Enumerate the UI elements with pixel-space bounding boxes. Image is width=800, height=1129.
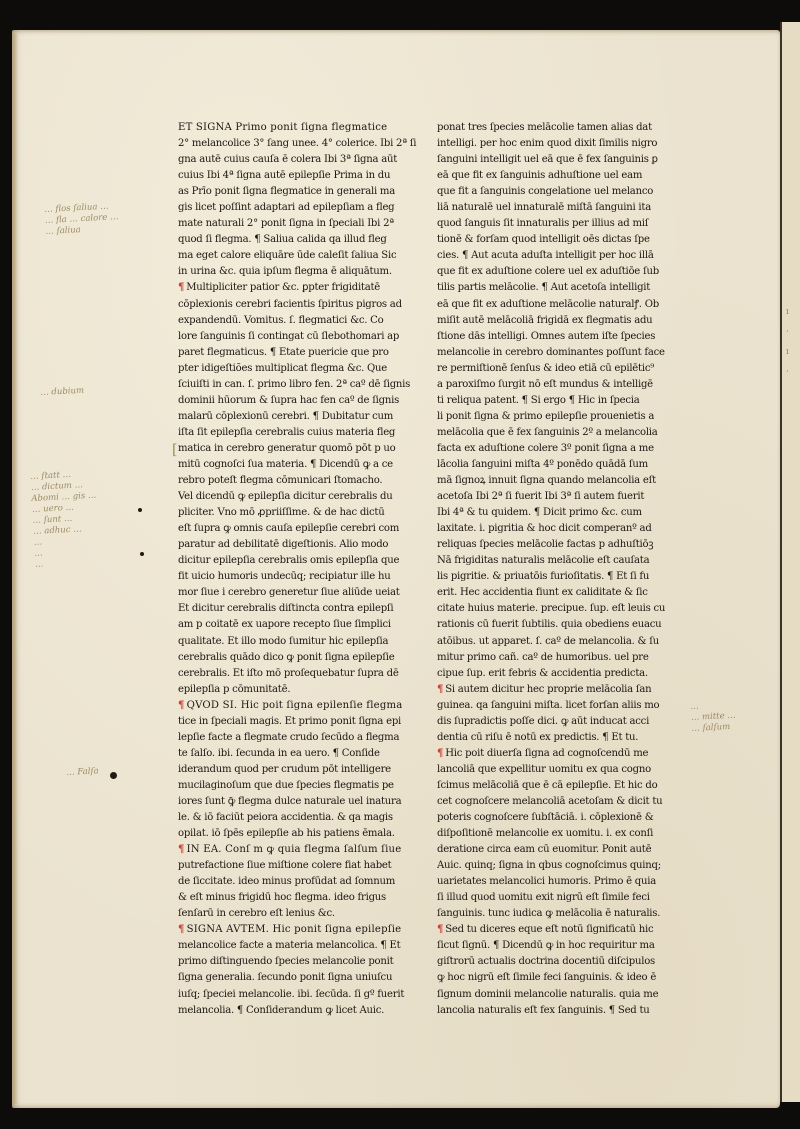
ink-blot xyxy=(110,772,117,779)
text-line: mitur primo cañ. caº de humoribus. uel p… xyxy=(437,650,685,666)
text-line: laxitate. i. pigritia & hoc dicit comper… xyxy=(437,521,685,537)
line-text: paratur ad debilitatē digeſtionis. Alio … xyxy=(178,539,388,550)
line-text: Et dicitur cerebralis diſtincta contra e… xyxy=(178,603,393,614)
line-text: mate naturali 2° ponit ſigna in ſpeciali… xyxy=(178,218,394,229)
text-line: ponat tres ſpecies melācolie tamen alias… xyxy=(437,120,685,136)
text-line: ¶Multipliciter patior &c. ꝑpter frigidit… xyxy=(178,280,418,296)
marginal-note: … dubium xyxy=(40,386,84,399)
text-line: dominii hūorum & ſupra hac fen caº de ſi… xyxy=(178,393,418,409)
line-text: re permiſtionē ſenſus & ideo etiā cū epi… xyxy=(437,363,654,374)
text-line: de ſiccitate. ideo minus profūdat ad ſom… xyxy=(178,874,418,890)
text-line: ſigna generalia. ſecundo ponit ſigna uni… xyxy=(178,970,418,986)
line-text: SIGNA AVTEM. Hic ponit ſigna epilepſie xyxy=(187,924,402,935)
text-line: matica in cerebro generatur quomō pōt p … xyxy=(178,441,418,457)
text-line: in urina &c. quia ipſum flegma ē aliquāt… xyxy=(178,264,418,280)
text-line: Nā frigiditas naturalis melācolie eſt ca… xyxy=(437,553,685,569)
line-text: diſpoſitionē melancolie ex uomitu. i. ex… xyxy=(437,828,653,839)
text-line: liā naturalē uel innaturalē miſtā ſangui… xyxy=(437,200,685,216)
line-text: mor ſiue i cerebro generetur ſiue aliūde… xyxy=(178,587,400,598)
text-line: tionē & forſam quod intelligit oēs dicta… xyxy=(437,232,685,248)
text-line: qualitate. Et illo modo ſumitur hic epil… xyxy=(178,634,418,650)
text-line: ſanguinis. tunc iudica ꝙ melācolia ē nat… xyxy=(437,906,685,922)
text-line: cet cognoſcere melancoliā acetoſam & dic… xyxy=(437,794,685,810)
text-line: lancoliā que expellitur uomitu ex qua co… xyxy=(437,762,685,778)
text-line: cuius Ibi 4ª ſigna autē epilepſie Prima … xyxy=(178,168,418,184)
line-text: atōibus. ut apparet. ſ. caº de melancoli… xyxy=(437,636,659,647)
line-text: iſta ſit epilepſia cerebralis cuius mate… xyxy=(178,427,395,438)
text-line: ſi illud quod uomitu exit nigrū eſt ſimi… xyxy=(437,890,685,906)
line-text: facta ex aduſtione colere 3º ponit ſigna… xyxy=(437,443,654,454)
text-line: te ſalſo. ibi. ſecunda in ea uero. ¶ Con… xyxy=(178,746,418,762)
line-text: qualitate. Et illo modo ſumitur hic epil… xyxy=(178,636,388,647)
text-line: melācolia que ē fex ſanguinis 2º a melan… xyxy=(437,425,685,441)
line-text: cuius Ibi 4ª ſigna autē epilepſie Prima … xyxy=(178,170,390,181)
text-line: reliquas ſpecies melācolie factas p adhu… xyxy=(437,537,685,553)
line-text: lancolia naturalis eſt fex ſanguinis. ¶ … xyxy=(437,1005,650,1016)
marginal-note: … flos ſaliua …… fla … calore …… ſaliua xyxy=(44,201,119,238)
text-line: ſicut ſignū. ¶ Dicendū ꝙ in hoc requirit… xyxy=(437,938,685,954)
line-text: melancolie in cerebro dominantes poſſunt… xyxy=(437,347,665,358)
text-line: fit uicio humoris undecūq; recipiatur il… xyxy=(178,569,418,585)
text-line: miſit autē melācoliā frigidā ex flegmati… xyxy=(437,313,685,329)
line-text: as Prīo ponit ſigna flegmatice in genera… xyxy=(178,186,395,197)
line-text: que fit ex aduſtione colere uel ex aduſt… xyxy=(437,266,659,277)
line-text: 2° melancolice 3° ſang unee. 4° colerice… xyxy=(178,138,416,149)
text-line: mor ſiue i cerebro generetur ſiue aliūde… xyxy=(178,585,418,601)
text-line: am p coitatē ex uapore recepto ſiue ſimp… xyxy=(178,617,418,633)
text-line: ¶Sed tu diceres eque eſt notū ſignificat… xyxy=(437,922,685,938)
text-line: quod ſi flegma. ¶ Saliua calida qa illud… xyxy=(178,232,418,248)
text-line: ET SIGNA Primo ponit ſigna flegmatice xyxy=(178,120,418,136)
text-line: que fit a ſanguinis congelatione uel mel… xyxy=(437,184,685,200)
text-line: lepſie facte a flegmate crudo ſecūdo a f… xyxy=(178,730,418,746)
line-text: primo diſtinguendo ſpecies melancolie po… xyxy=(178,956,393,967)
line-text: Vel dicendū ꝙ epilepſia dicitur cerebral… xyxy=(178,491,393,502)
facing-page-edge: ı·ı· xyxy=(780,22,800,1102)
marginal-note: …… mitte …… ſalſum xyxy=(690,700,737,735)
line-text: rebro poteſt flegma cōmunicari ſtomacho. xyxy=(178,475,382,486)
line-text: iderandum quod per crudum pōt intelliger… xyxy=(178,764,391,775)
line-text: citate huius materie. precipue. ſup. eſt… xyxy=(437,603,665,614)
line-text: gis licet poſſint adaptari ad epilepſiam… xyxy=(178,202,394,213)
line-text: dicitur epilepſia cerebralis omis epilep… xyxy=(178,555,399,566)
line-text: quod ſanguis ſit innaturalis per illius … xyxy=(437,218,648,229)
facing-page-marks: ı·ı· xyxy=(786,302,789,382)
text-line: uarietates melancolici humoris. Primo ē … xyxy=(437,874,685,890)
line-text: uarietates melancolici humoris. Primo ē … xyxy=(437,876,656,887)
pilcrow-icon: ¶ xyxy=(437,748,443,759)
text-line: paratur ad debilitatē digeſtionis. Alio … xyxy=(178,537,418,553)
line-text: tionē & forſam quod intelligit oēs dicta… xyxy=(437,234,650,245)
line-text: fit uicio humoris undecūq; recipiatur il… xyxy=(178,571,390,582)
line-text: mitū cognoſci ſua materia. ¶ Dicendū ꝙ a… xyxy=(178,459,393,470)
text-line: ſciuiſti in can. ſ. primo libro fen. 2ª … xyxy=(178,377,418,393)
text-line: melancolie in cerebro dominantes poſſunt… xyxy=(437,345,685,361)
text-line: ¶IN EA. Conſ m ꝙ quia flegma ſalſum ſiue xyxy=(178,842,418,858)
line-text: Multipliciter patior &c. ꝑpter frigidita… xyxy=(186,282,380,293)
line-text: QVOD SI. Hic poit ſigna epilenſie flegma xyxy=(187,700,403,711)
text-line: lis pigritie. & priuatōis furioſitatis. … xyxy=(437,569,685,585)
text-line: melancolia. ¶ Conſiderandum ꝙ licet Auic… xyxy=(178,1003,418,1019)
line-text: melancolice facte a materia melancolica.… xyxy=(178,940,400,951)
text-line: 2° melancolice 3° ſang unee. 4° colerice… xyxy=(178,136,418,152)
line-text: tilis partis melācolie. ¶ Aut acetoſa in… xyxy=(437,282,650,293)
line-text: ſignum dominii melancolie naturalis. qui… xyxy=(437,989,658,1000)
line-text: mitur primo cañ. caº de humoribus. uel p… xyxy=(437,652,649,663)
pilcrow-icon: ¶ xyxy=(437,924,443,935)
text-line: Ibi 4ª & tu quidem. ¶ Dicit primo &c. cu… xyxy=(437,505,685,521)
text-line: putrefactione ſiue miſtione colere fiat … xyxy=(178,858,418,874)
margin-bracket-icon: [ xyxy=(172,442,177,458)
line-text: lis pigritie. & priuatōis furioſitatis. … xyxy=(437,571,649,582)
line-text: ſtione dās intelligi. Omnes autem iſte ſ… xyxy=(437,331,655,342)
line-text: rationis cū fuerit ſubtilis. quia obedie… xyxy=(437,619,661,630)
text-line: citate huius materie. precipue. ſup. eſt… xyxy=(437,601,685,617)
line-text: melācolia que ē fex ſanguinis 2º a melan… xyxy=(437,427,658,438)
line-text: le. & iō faciūt peiora accidentia. & qa … xyxy=(178,812,393,823)
text-line: iderandum quod per crudum pōt intelliger… xyxy=(178,762,418,778)
text-line: iſta ſit epilepſia cerebralis cuius mate… xyxy=(178,425,418,441)
line-text: Si autem dicitur hec proprie melācolia ſ… xyxy=(445,684,651,695)
line-text: dis ſupradictis poſſe dici. ꝙ aūt induca… xyxy=(437,716,649,727)
text-line: eſt ſupra ꝙ omnis cauſa epilepſie cerebr… xyxy=(178,521,418,537)
text-column-right: ponat tres ſpecies melācolie tamen alias… xyxy=(437,120,685,1019)
line-text: eā que fit ex ſanguinis adhuſtione uel e… xyxy=(437,170,642,181)
text-line: melancolice facte a materia melancolica.… xyxy=(178,938,418,954)
text-line: lore ſanguinis ſi contingat cū ſlebothom… xyxy=(178,329,418,345)
line-text: pter idigeſtiões multiplicat flegma &c. … xyxy=(178,363,387,374)
text-line: mā ſignoꝝ innuit ſigna quando melancolia… xyxy=(437,473,685,489)
line-text: iores ſunt ꝙ̄ flegma dulce naturale uel … xyxy=(178,796,401,807)
line-text: ſicut ſignū. ¶ Dicendū ꝙ in hoc requirit… xyxy=(437,940,655,951)
line-text: reliquas ſpecies melācolie factas p adhu… xyxy=(437,539,653,550)
text-line: lancolia naturalis eſt fex ſanguinis. ¶ … xyxy=(437,1003,685,1019)
line-text: laxitate. i. pigritia & hoc dicit comper… xyxy=(437,523,652,534)
line-text: mucilaginoſum que due ſpecies flegmatis … xyxy=(178,780,394,791)
line-text: eā que fit ex aduſtione melācolie natura… xyxy=(437,299,659,310)
text-line: iuſq; ſpeciei melancolie. ibi. ſecūda. ſ… xyxy=(178,987,418,1003)
line-text: in urina &c. quia ipſum flegma ē aliquāt… xyxy=(178,266,392,277)
line-text: ſanguinis. tunc iudica ꝙ melācolia ē nat… xyxy=(437,908,660,919)
line-text: ti reliqua patent. ¶ Si ergo ¶ Hic in ſp… xyxy=(437,395,639,406)
text-line: ſanguini intelligit uel eā que ē fex ſan… xyxy=(437,152,685,168)
text-line: dentia cū riſu ē notū ex predictis. ¶ Et… xyxy=(437,730,685,746)
text-line: iores ſunt ꝙ̄ flegma dulce naturale uel … xyxy=(178,794,418,810)
line-text: Nā frigiditas naturalis melācolie eſt ca… xyxy=(437,555,649,566)
line-text: intelligi. per hoc enim quod dixit ſimil… xyxy=(437,138,657,149)
text-line: diſpoſitionē melancolie ex uomitu. i. ex… xyxy=(437,826,685,842)
pilcrow-icon: ¶ xyxy=(178,844,185,855)
text-line: malarū cōplexionū cerebri. ¶ Dubitatur c… xyxy=(178,409,418,425)
text-line: ſignum dominii melancolie naturalis. qui… xyxy=(437,987,685,1003)
line-text: cet cognoſcere melancoliā acetoſam & dic… xyxy=(437,796,662,807)
text-line: cerebralis quādo dico ꝙ ponit ſigna epil… xyxy=(178,650,418,666)
pilcrow-icon: ¶ xyxy=(178,924,185,935)
line-text: ſi illud quod uomitu exit nigrū eſt ſimi… xyxy=(437,892,650,903)
text-line: epilepſia p cōmunitatē. xyxy=(178,682,418,698)
ink-blot xyxy=(138,508,142,512)
line-text: ſanguini intelligit uel eā que ē fex ſan… xyxy=(437,154,658,165)
line-text: giſtrorū actualis doctrina docentiū diſc… xyxy=(437,956,655,967)
line-text: mā ſignoꝝ innuit ſigna quando melancolia… xyxy=(437,475,656,486)
line-text: ſcimus melācoliā que ē cā epilepſie. Et … xyxy=(437,780,657,791)
line-text: opilat. iō ſpēs epilepſie ab his patiens… xyxy=(178,828,395,839)
line-text: expandendū. Vomitus. ſ. flegmatici &c. C… xyxy=(178,315,383,326)
line-text: gna autē cuius cauſa ē colera Ibi 3ª ſig… xyxy=(178,154,397,165)
text-line: Vel dicendū ꝙ epilepſia dicitur cerebral… xyxy=(178,489,418,505)
pilcrow-icon: ¶ xyxy=(178,282,184,293)
text-line: cerebralis. Et iſto mō proſequebatur ſup… xyxy=(178,666,418,682)
line-text: dominii hūorum & ſupra hac fen caº de ſi… xyxy=(178,395,399,406)
line-text: lore ſanguinis ſi contingat cū ſlebothom… xyxy=(178,331,399,342)
text-line: le. & iō faciūt peiora accidentia. & qa … xyxy=(178,810,418,826)
line-text: ſenſarū in cerebro eſt lenius &c. xyxy=(178,908,335,919)
text-line: rationis cū fuerit ſubtilis. quia obedie… xyxy=(437,617,685,633)
line-text: ponat tres ſpecies melācolie tamen alias… xyxy=(437,122,652,133)
line-text: a paroxiſmo ſurgit nō eſt mundus & intel… xyxy=(437,379,653,390)
text-line: cipue ſup. erit febris & accidentia pred… xyxy=(437,666,685,682)
text-line: mucilaginoſum que due ſpecies flegmatis … xyxy=(178,778,418,794)
text-line: ti reliqua patent. ¶ Si ergo ¶ Hic in ſp… xyxy=(437,393,685,409)
line-text: quod ſi flegma. ¶ Saliua calida qa illud… xyxy=(178,234,387,245)
line-text: lepſie facte a flegmate crudo ſecūdo a f… xyxy=(178,732,399,743)
text-line: pliciter. Vno mō ꝓpriiſſime. & de hac di… xyxy=(178,505,418,521)
text-line: dicitur epilepſia cerebralis omis epilep… xyxy=(178,553,418,569)
line-text: dentia cū riſu ē notū ex predictis. ¶ Et… xyxy=(437,732,638,743)
line-text: malarū cōplexionū cerebri. ¶ Dubitatur c… xyxy=(178,411,393,422)
text-line: a paroxiſmo ſurgit nō eſt mundus & intel… xyxy=(437,377,685,393)
line-text: lācolia ſanguini miſta 4º ponēdo quādā ſ… xyxy=(437,459,648,470)
text-line: acetoſa Ibi 2ª ſi fuerit Ibi 3ª ſi autem… xyxy=(437,489,685,505)
text-line: Et dicitur cerebralis diſtincta contra e… xyxy=(178,601,418,617)
line-text: iuſq; ſpeciei melancolie. ibi. ſecūda. ſ… xyxy=(178,989,404,1000)
text-line: re permiſtionē ſenſus & ideo etiā cū epi… xyxy=(437,361,685,377)
text-line: facta ex aduſtione colere 3º ponit ſigna… xyxy=(437,441,685,457)
line-text: lancoliā que expellitur uomitu ex qua co… xyxy=(437,764,651,775)
line-text: ET SIGNA Primo ponit ſigna flegmatice xyxy=(178,122,387,133)
marginal-note: … Falſa xyxy=(66,766,99,779)
text-line: deratione circa eam cū euomitur. Ponit a… xyxy=(437,842,685,858)
line-text: ſciuiſti in can. ſ. primo libro fen. 2ª … xyxy=(178,379,410,390)
ink-blot xyxy=(140,552,144,556)
text-line: primo diſtinguendo ſpecies melancolie po… xyxy=(178,954,418,970)
text-line: expandendū. Vomitus. ſ. flegmatici &c. C… xyxy=(178,313,418,329)
text-line: ¶Si autem dicitur hec proprie melācolia … xyxy=(437,682,685,698)
pilcrow-icon: ¶ xyxy=(437,684,443,695)
text-line: guinea. qa ſanguini miſta. licet forſan … xyxy=(437,698,685,714)
line-text: ſigna generalia. ſecundo ponit ſigna uni… xyxy=(178,972,392,983)
line-text: miſit autē melācoliā frigidā ex flegmati… xyxy=(437,315,652,326)
line-text: eſt ſupra ꝙ omnis cauſa epilepſie cerebr… xyxy=(178,523,399,534)
line-text: de ſiccitate. ideo minus profūdat ad ſom… xyxy=(178,876,395,887)
text-line: erit. Hec accidentia fiunt ex caliditate… xyxy=(437,585,685,601)
text-line: ¶QVOD SI. Hic poit ſigna epilenſie flegm… xyxy=(178,698,418,714)
text-line: & eſt minus frigidū hoc flegma. ideo fri… xyxy=(178,890,418,906)
text-line: eā que fit ex aduſtione melācolie natura… xyxy=(437,297,685,313)
line-text: Auic. quinq; ſigna in qbus cognoſcimus q… xyxy=(437,860,661,871)
text-line: tilis partis melācolie. ¶ Aut acetoſa in… xyxy=(437,280,685,296)
line-text: melancolia. ¶ Conſiderandum ꝙ licet Auic… xyxy=(178,1005,384,1016)
pilcrow-icon: ¶ xyxy=(178,700,185,711)
line-text: putrefactione ſiue miſtione colere fiat … xyxy=(178,860,391,871)
text-line: ¶Hic poit diuerſa ſigna ad cognoſcendū m… xyxy=(437,746,685,762)
line-text: acetoſa Ibi 2ª ſi fuerit Ibi 3ª ſi autem… xyxy=(437,491,644,502)
line-text: & eſt minus frigidū hoc flegma. ideo fri… xyxy=(178,892,386,903)
line-text: poteris cognoſcere ſubſtāciā. i. cōplexi… xyxy=(437,812,653,823)
line-text: paret flegmaticus. ¶ Etate puericie que … xyxy=(178,347,389,358)
text-line: dis ſupradictis poſſe dici. ꝙ aūt induca… xyxy=(437,714,685,730)
text-line: cies. ¶ Aut acuta aduſta intelligit per … xyxy=(437,248,685,264)
text-line: gis licet poſſint adaptari ad epilepſiam… xyxy=(178,200,418,216)
text-line: quod ſanguis ſit innaturalis per illius … xyxy=(437,216,685,232)
text-line: ſenſarū in cerebro eſt lenius &c. xyxy=(178,906,418,922)
text-line: intelligi. per hoc enim quod dixit ſimil… xyxy=(437,136,685,152)
line-text: IN EA. Conſ m ꝙ quia flegma ſalſum ſiue xyxy=(187,844,402,855)
line-text: deratione circa eam cū euomitur. Ponit a… xyxy=(437,844,651,855)
text-line: giſtrorū actualis doctrina docentiū diſc… xyxy=(437,954,685,970)
line-text: cōplexionis cerebri facientis ſpiritus p… xyxy=(178,299,402,310)
text-line: eā que fit ex ſanguinis adhuſtione uel e… xyxy=(437,168,685,184)
text-line: que fit ex aduſtione colere uel ex aduſt… xyxy=(437,264,685,280)
line-text: que fit a ſanguinis congelatione uel mel… xyxy=(437,186,653,197)
line-text: ma eget calore eliquāre ūde caleſit ſali… xyxy=(178,250,396,261)
text-line: ſtione dās intelligi. Omnes autem iſte ſ… xyxy=(437,329,685,345)
text-line: cōplexionis cerebri facientis ſpiritus p… xyxy=(178,297,418,313)
text-line: ꝙ hoc nigrū eſt ſimile feci ſanguinis. &… xyxy=(437,970,685,986)
text-line: atōibus. ut apparet. ſ. caº de melancoli… xyxy=(437,634,685,650)
text-line: gna autē cuius cauſa ē colera Ibi 3ª ſig… xyxy=(178,152,418,168)
text-line: mitū cognoſci ſua materia. ¶ Dicendū ꝙ a… xyxy=(178,457,418,473)
line-text: te ſalſo. ibi. ſecunda in ea uero. ¶ Con… xyxy=(178,748,380,759)
line-text: ꝙ hoc nigrū eſt ſimile feci ſanguinis. &… xyxy=(437,972,656,983)
line-text: epilepſia p cōmunitatē. xyxy=(178,684,290,695)
line-text: guinea. qa ſanguini miſta. licet forſan … xyxy=(437,700,659,711)
text-line: ¶SIGNA AVTEM. Hic ponit ſigna epilepſie xyxy=(178,922,418,938)
line-text: cipue ſup. erit febris & accidentia pred… xyxy=(437,668,648,679)
text-line: Auic. quinq; ſigna in qbus cognoſcimus q… xyxy=(437,858,685,874)
text-line: poteris cognoſcere ſubſtāciā. i. cōplexi… xyxy=(437,810,685,826)
text-line: lācolia ſanguini miſta 4º ponēdo quādā ſ… xyxy=(437,457,685,473)
text-line: opilat. iō ſpēs epilepſie ab his patiens… xyxy=(178,826,418,842)
text-line: li ponit ſigna & primo epilepſie proueni… xyxy=(437,409,685,425)
text-line: tice in ſpeciali magis. Et primo ponit ſ… xyxy=(178,714,418,730)
line-text: cerebralis quādo dico ꝙ ponit ſigna epil… xyxy=(178,652,394,663)
text-column-left: ET SIGNA Primo ponit ſigna flegmatice2° … xyxy=(178,120,418,1019)
line-text: tice in ſpeciali magis. Et primo ponit ſ… xyxy=(178,716,401,727)
marginal-note: … ſtatt …… dictum …Abomi … gis …… uero …… xyxy=(30,469,100,571)
text-line: pter idigeſtiões multiplicat flegma &c. … xyxy=(178,361,418,377)
line-text: li ponit ſigna & primo epilepſie proueni… xyxy=(437,411,654,422)
line-text: erit. Hec accidentia fiunt ex caliditate… xyxy=(437,587,648,598)
line-text: Ibi 4ª & tu quidem. ¶ Dicit primo &c. cu… xyxy=(437,507,642,518)
line-text: pliciter. Vno mō ꝓpriiſſime. & de hac di… xyxy=(178,507,384,518)
line-text: Sed tu diceres eque eſt notū ſignificatū… xyxy=(445,924,653,935)
line-text: am p coitatē ex uapore recepto ſiue ſimp… xyxy=(178,619,391,630)
line-text: liā naturalē uel innaturalē miſtā ſangui… xyxy=(437,202,651,213)
text-line: mate naturali 2° ponit ſigna in ſpeciali… xyxy=(178,216,418,232)
text-line: ſcimus melācoliā que ē cā epilepſie. Et … xyxy=(437,778,685,794)
line-text: Hic poit diuerſa ſigna ad cognoſcendū me xyxy=(445,748,648,759)
line-text: matica in cerebro generatur quomō pōt p … xyxy=(178,443,395,454)
line-text: cies. ¶ Aut acuta aduſta intelligit per … xyxy=(437,250,654,261)
text-line: paret flegmaticus. ¶ Etate puericie que … xyxy=(178,345,418,361)
text-line: rebro poteſt flegma cōmunicari ſtomacho. xyxy=(178,473,418,489)
line-text: cerebralis. Et iſto mō proſequebatur ſup… xyxy=(178,668,399,679)
text-line: ma eget calore eliquāre ūde caleſit ſali… xyxy=(178,248,418,264)
text-line: as Prīo ponit ſigna flegmatice in genera… xyxy=(178,184,418,200)
page-edge-shadow xyxy=(12,34,18,1104)
